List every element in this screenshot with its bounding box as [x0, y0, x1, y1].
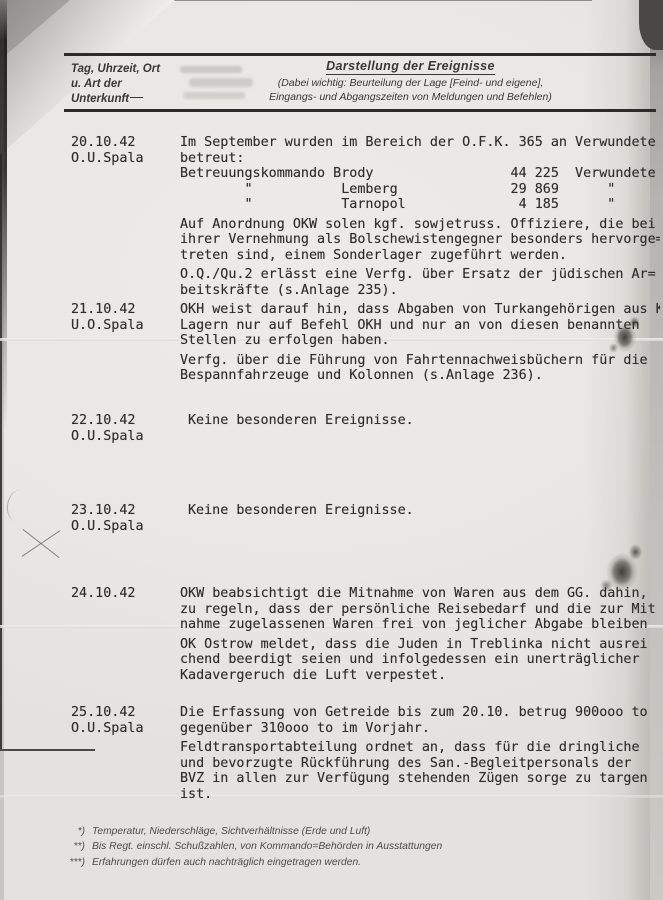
column-header-date-line2: u. Art der Unterkunft [71, 77, 163, 107]
entry-date: 20.10.42 [71, 135, 163, 151]
footnote-text: Erfahrungen dürfen auch nachträglich ein… [92, 857, 632, 868]
entry-date-location: 23.10.42 O.U.Spala [71, 503, 163, 534]
table-top-border [64, 53, 656, 56]
entry-paragraph: O.Q./Qu.2 erlässt eine Verfg. über Ersat… [180, 267, 660, 298]
entry-paragraph: Keine besonderen Ereignisse. [188, 503, 663, 519]
entry-location: O.U.Spala [71, 721, 163, 737]
entry-body: Keine besonderen Ereignisse. [188, 413, 663, 433]
entry-date: 23.10.42 [71, 503, 163, 519]
pencil-arc-mark [5, 489, 32, 524]
entry-location: O.U.Spala [71, 519, 163, 535]
column-header-events-title: Darstellung der Ereignisse [326, 59, 495, 75]
entry-location: O.U.Spala [71, 151, 163, 167]
column-header-date: Tag, Uhrzeit, Ort u. Art der Unterkunft [71, 62, 163, 107]
table-header-bottom-border [64, 109, 656, 112]
scan-left-edge [0, 0, 4, 900]
footnote-text: Temperatur, Niederschläge, Sichtverhältn… [92, 826, 632, 837]
entry-paragraph: OK Ostrow meldet, dass die Juden in Treb… [180, 637, 660, 684]
entry-paragraph: Verfg. über die Führung von Fahrtennachw… [180, 353, 660, 384]
column-header-events: Darstellung der Ereignisse (Dabei wichti… [168, 57, 653, 104]
entry-location: U.O.Spala [71, 318, 163, 334]
column-header-events-subtitle: (Dabei wichtig: Beurteilung der Lage [Fe… [168, 77, 653, 104]
entry-date: 22.10.42 [71, 413, 163, 429]
entry-date: 21.10.42 [71, 302, 163, 318]
footnote-marker: ***) [40, 857, 85, 868]
entry-date-location: 25.10.42 O.U.Spala [71, 705, 163, 736]
entry-date-location: 24.10.42 [71, 586, 163, 602]
entry-date-location: 22.10.42 O.U.Spala [71, 413, 163, 444]
pencil-x-mark [20, 524, 62, 564]
footnote-marker: **) [40, 841, 85, 852]
entry-date-location: 21.10.42 U.O.Spala [71, 302, 163, 333]
entry-paragraph: OKW beabsichtigt die Mitnahme von Waren … [180, 586, 660, 633]
entry-date-location: 20.10.42 O.U.Spala [71, 135, 163, 166]
entry-body: Im September wurden im Bereich der O.F.K… [180, 135, 660, 302]
column-header-date-line1: Tag, Uhrzeit, Ort [71, 62, 163, 77]
entry-paragraph: Die Erfassung von Getreide bis zum 20.10… [180, 705, 660, 736]
entry-date: 25.10.42 [71, 705, 163, 721]
footnote-divider [0, 749, 95, 751]
entry-paragraph: Feldtransportabteilung ordnet an, dass f… [180, 740, 660, 802]
entry-paragraph: Auf Anordnung OKW solen kgf. sowjetruss.… [180, 217, 660, 264]
footnote-marker: *) [40, 826, 85, 837]
entry-body: OKH weist darauf hin, dass Abgaben von T… [180, 302, 660, 388]
entry-date: 24.10.42 [71, 586, 163, 602]
entry-paragraph: Im September wurden im Bereich der O.F.K… [180, 135, 660, 213]
entry-body: Keine besonderen Ereignisse. [188, 503, 663, 523]
entry-paragraph: Keine besonderen Ereignisse. [188, 413, 663, 429]
entry-paragraph: OKH weist darauf hin, dass Abgaben von T… [180, 302, 660, 349]
scanned-war-diary-page: Tag, Uhrzeit, Ort u. Art der Unterkunft … [0, 0, 663, 900]
entry-location: O.U.Spala [71, 429, 163, 445]
footnote-text: Bis Regt. einschl. Schußzahlen, von Komm… [92, 841, 632, 852]
entry-body: Die Erfassung von Getreide bis zum 20.10… [180, 705, 660, 806]
entry-body: OKW beabsichtigt die Mitnahme von Waren … [180, 586, 660, 687]
